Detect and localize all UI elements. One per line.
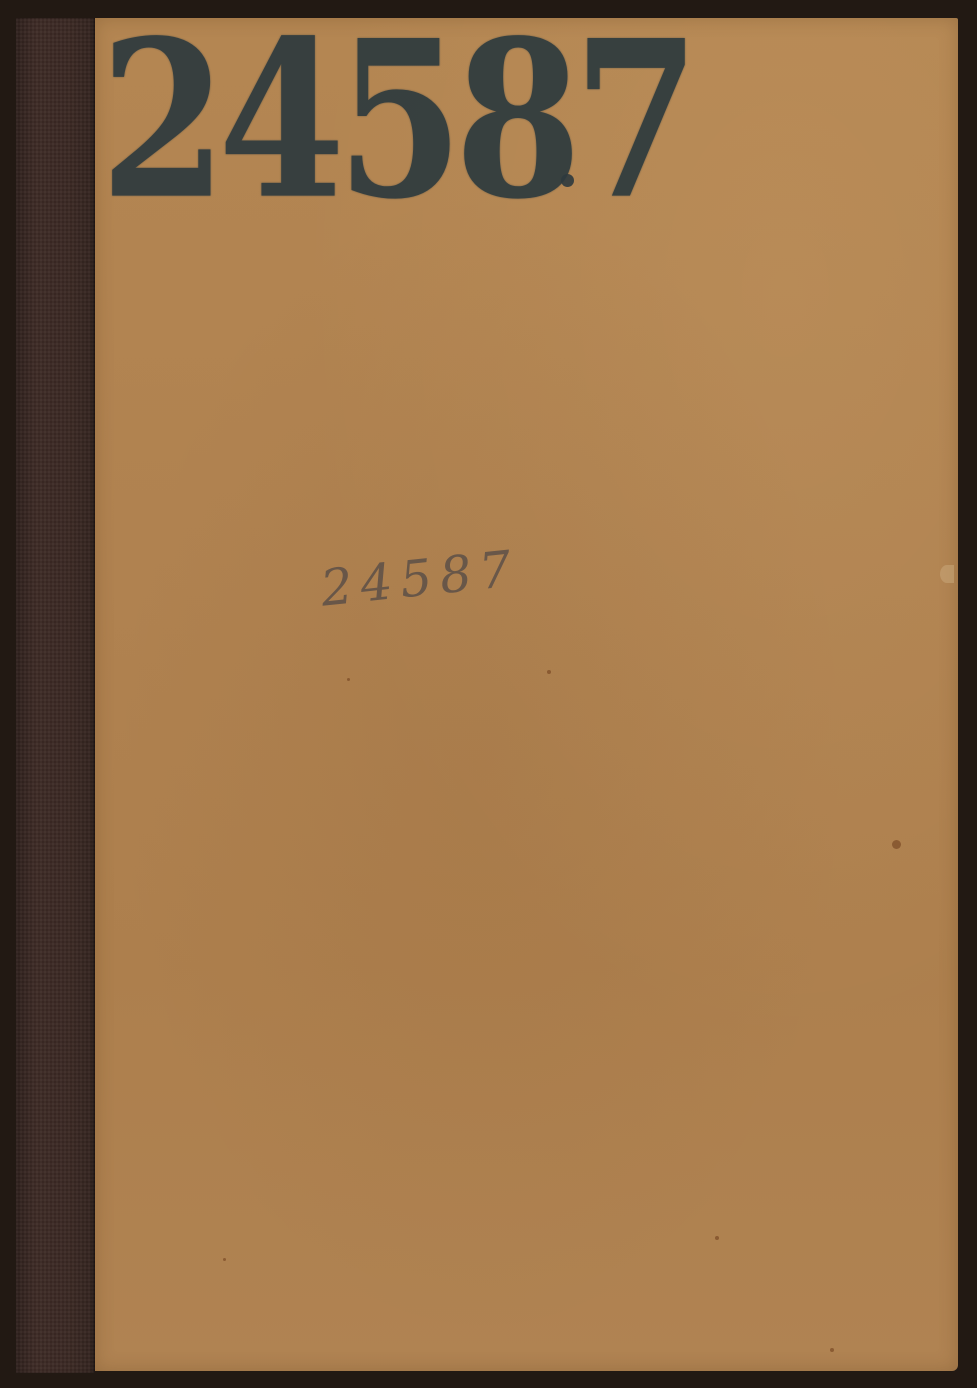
paper-fleck [347,678,350,681]
cloth-spine [16,18,95,1373]
paper-fleck [715,1236,719,1240]
paper-fleck [892,840,901,849]
stamped-period [561,174,574,187]
paper-fleck [547,670,551,674]
paper-fleck [223,1258,226,1261]
stamped-catalog-number: 24587 [100,12,691,228]
edge-tear [940,565,954,583]
paper-fleck [830,1348,834,1352]
